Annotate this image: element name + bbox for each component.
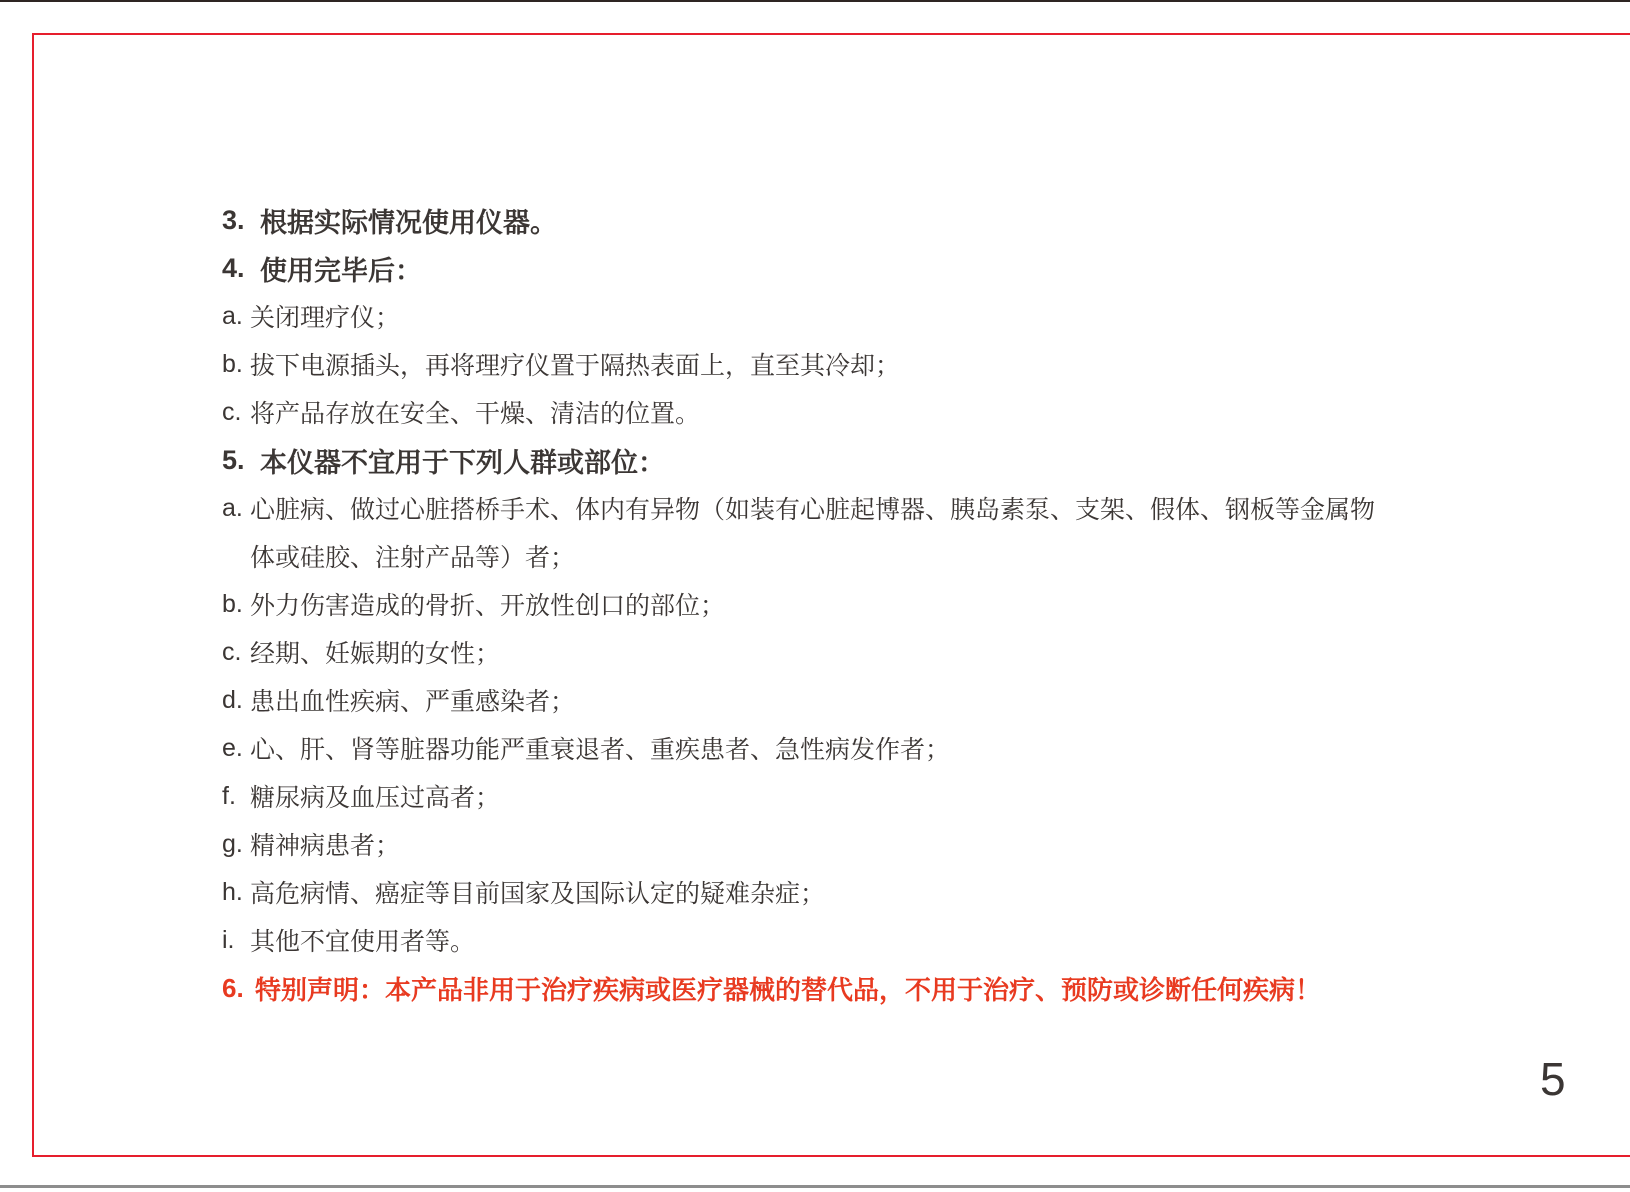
list-marker: 6. [222, 973, 255, 1004]
list-line: c. 经期、妊娠期的女性； [222, 628, 1382, 676]
list-marker: a. [222, 302, 250, 331]
list-text: 拔下电源插头，再将理疗仪置于隔热表面上，直至其冷却； [250, 346, 900, 382]
list-text: 心脏病、做过心脏搭桥手术、体内有异物（如装有心脏起博器、胰岛素泵、支架、假体、钢… [250, 490, 1375, 526]
list-marker: g. [222, 830, 250, 859]
list-text: 患出血性疾病、严重感染者； [250, 682, 575, 718]
list-line: f. 糖尿病及血压过高者； [222, 772, 1382, 820]
list-marker: 5. [222, 445, 260, 476]
list-marker: b. [222, 350, 250, 379]
list-marker: c. [222, 398, 250, 427]
list-marker: b. [222, 590, 250, 619]
list-marker: 3. [222, 205, 260, 236]
list-line: g. 精神病患者； [222, 820, 1382, 868]
list-line: 3. 根据实际情况使用仪器。 [222, 196, 1382, 244]
list-text: 糖尿病及血压过高者； [250, 778, 500, 814]
list-line-continuation: 体或硅胶、注射产品等）者； [222, 532, 1382, 580]
list-text: 其他不宜使用者等。 [250, 922, 475, 958]
list-marker: f. [222, 782, 250, 811]
list-line: 4. 使用完毕后： [222, 244, 1382, 292]
list-line: h. 高危病情、癌症等目前国家及国际认定的疑难杂症； [222, 868, 1382, 916]
list-text: 关闭理疗仪； [250, 298, 400, 334]
list-text: 使用完毕后： [260, 249, 422, 288]
list-text: 经期、妊娠期的女性； [250, 634, 500, 670]
top-edge-line [0, 0, 1630, 2]
list-text: 心、肝、肾等脏器功能严重衰退者、重疾患者、急性病发作者； [250, 730, 950, 766]
list-marker: e. [222, 734, 250, 763]
list-line: e. 心、肝、肾等脏器功能严重衰退者、重疾患者、急性病发作者； [222, 724, 1382, 772]
special-notice-line: 6. 特别声明：本产品非用于治疗疾病或医疗器械的替代品，不用于治疗、预防或诊断任… [222, 964, 1382, 1012]
list-text: 特别声明：本产品非用于治疗疾病或医疗器械的替代品，不用于治疗、预防或诊断任何疾病… [255, 970, 1321, 1007]
list-text: 外力伤害造成的骨折、开放性创口的部位； [250, 586, 725, 622]
bottom-edge-line [0, 1185, 1630, 1188]
list-line: 5. 本仪器不宜用于下列人群或部位： [222, 436, 1382, 484]
page-number: 5 [1540, 1052, 1566, 1106]
list-line: a. 心脏病、做过心脏搭桥手术、体内有异物（如装有心脏起博器、胰岛素泵、支架、假… [222, 484, 1382, 532]
list-text: 本仪器不宜用于下列人群或部位： [260, 441, 665, 480]
list-marker: h. [222, 878, 250, 907]
list-line: b. 外力伤害造成的骨折、开放性创口的部位； [222, 580, 1382, 628]
list-line: a. 关闭理疗仪； [222, 292, 1382, 340]
list-marker: a. [222, 494, 250, 523]
list-text: 根据实际情况使用仪器。 [260, 201, 557, 240]
list-line: b. 拔下电源插头，再将理疗仪置于隔热表面上，直至其冷却； [222, 340, 1382, 388]
list-marker: 4. [222, 253, 260, 284]
list-marker: c. [222, 638, 250, 667]
list-text: 精神病患者； [250, 826, 400, 862]
list-marker: i. [222, 926, 250, 955]
list-text: 将产品存放在安全、干燥、清洁的位置。 [250, 394, 700, 430]
manual-content: 3. 根据实际情况使用仪器。 4. 使用完毕后： a. 关闭理疗仪； b. 拔下… [222, 196, 1382, 1012]
list-line: i. 其他不宜使用者等。 [222, 916, 1382, 964]
list-line: d. 患出血性疾病、严重感染者； [222, 676, 1382, 724]
list-line: c. 将产品存放在安全、干燥、清洁的位置。 [222, 388, 1382, 436]
list-text: 高危病情、癌症等目前国家及国际认定的疑难杂症； [250, 874, 825, 910]
list-text: 体或硅胶、注射产品等）者； [250, 538, 575, 574]
list-marker: d. [222, 686, 250, 715]
